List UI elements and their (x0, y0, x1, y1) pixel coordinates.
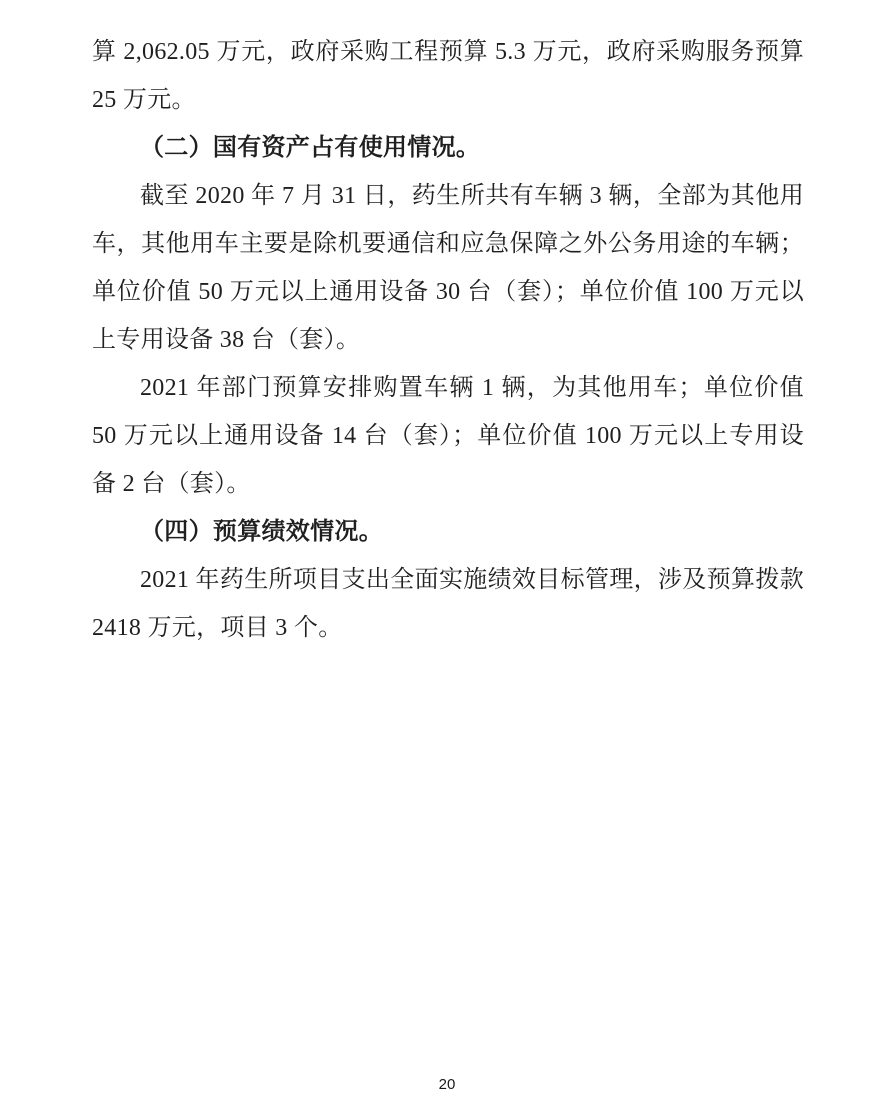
paragraph-performance-2021: 2021 年药生所项目支出全面实施绩效目标管理，涉及预算拨款 2418 万元，项… (92, 556, 804, 652)
paragraph-assets-2020: 截至 2020 年 7 月 31 日，药生所共有车辆 3 辆，全部为其他用车，其… (92, 172, 804, 364)
paragraph-assets-2021: 2021 年部门预算安排购置车辆 1 辆，为其他用车；单位价值 50 万元以上通… (92, 364, 804, 508)
document-content: 算 2,062.05 万元，政府采购工程预算 5.3 万元，政府采购服务预算 2… (92, 28, 804, 652)
section-heading-state-assets: （二）国有资产占有使用情况。 (92, 124, 804, 172)
section-heading-budget-performance: （四）预算绩效情况。 (92, 508, 804, 556)
document-page: 算 2,062.05 万元，政府采购工程预算 5.3 万元，政府采购服务预算 2… (0, 0, 894, 1118)
page-number: 20 (0, 1076, 894, 1093)
paragraph-procurement-continuation: 算 2,062.05 万元，政府采购工程预算 5.3 万元，政府采购服务预算 2… (92, 28, 804, 124)
